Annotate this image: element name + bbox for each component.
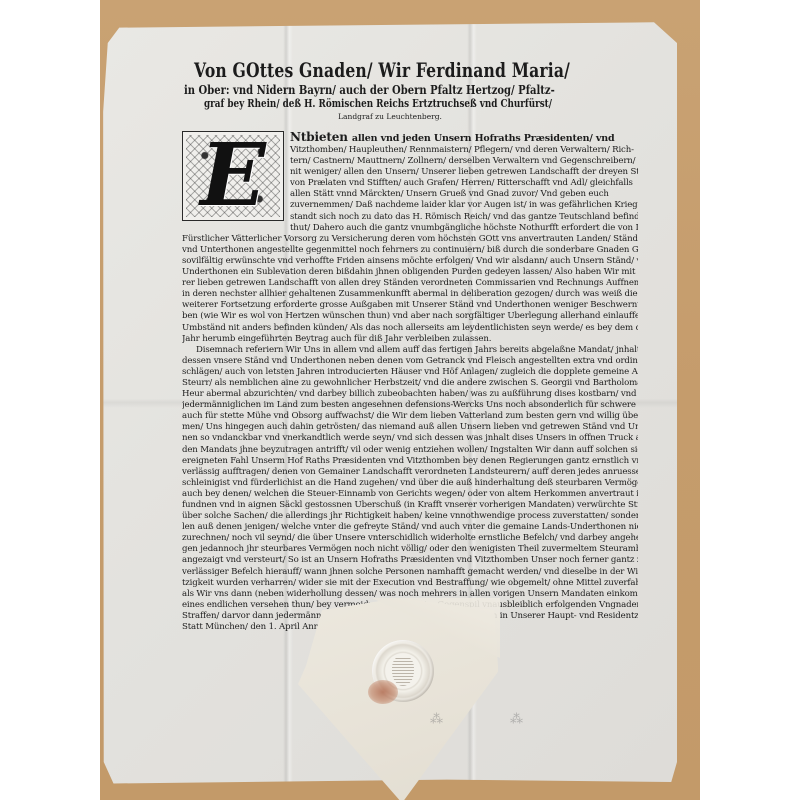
body-line: thut/ Dahero auch die gantz vnumbgänglic… [182,223,638,234]
body-line: Underthonen ein Sublevation deren bißdah… [182,267,638,278]
body-line: Heur abermal abzurichten/ vnd darbey bil… [182,389,638,400]
body-line: Fürstlicher Vätterlicher Vorsorg zu Vers… [182,234,638,245]
body-line: tzigkeit wurden verharren/ wider sie mit… [182,578,638,589]
body-line: zurechnen/ noch vil seynd/ die über Unse… [182,533,638,544]
ornamental-initial-icon: E [182,131,284,221]
body-line: dessen vnsere Ständ vnd Underthonen nebe… [182,356,638,367]
title-line-3: graf bey Rhein/ deß H. Römischen Reichs … [204,97,551,111]
body-text: E Ntbieten allen vnd jeden Unsern Hofrat… [182,131,638,633]
body-line: schleinigist vnd fürderlichist an die Ha… [182,478,638,489]
body-line: fundnen vnd in aignen Säckl gestossnen U… [182,500,638,511]
body-line: vnd Unterthonen angestellte gegenmittel … [182,245,638,256]
initial-letter: E [200,133,266,219]
body-line: gen jedannoch jhr steurbares Vermögen no… [182,544,638,555]
body-line: sovilfältig erwünschte vnd verhoffte Fri… [182,256,638,267]
wax-stain [368,680,398,704]
title-line-1: Von GOttes Gnaden/ Wir Ferdinand Maria/ [194,58,540,82]
first-line-rest: allen vnd jeden Unsern Hofraths Præsiden… [352,133,615,144]
body-line: nen so vndanckbar vnd vnerkandtlich werd… [182,433,638,444]
body-line: in deren nechster allhier gehaltenen Zus… [182,289,638,300]
faint-mark: ⁂ [430,712,443,727]
body-line: schlägen/ auch von letsten Jahren introd… [182,367,638,378]
faint-mark: ⁂ [510,712,523,727]
body-line: Steurr/ als nemblichen aine zu gewohnlic… [182,378,638,389]
body-line: len auß denen jenigen/ welche vnter die … [182,522,638,533]
body-line: auch bey denen/ welchen die Steuer-Einna… [182,489,638,500]
body-line: weiterer Fortsetzung erforderte grosse A… [182,300,638,311]
body-line: rer lieben getrewen Landschafft von alle… [182,278,638,289]
body-line: verlässig aufftragen/ denen von Gemainer… [182,467,638,478]
body-line: angezaigt vnd versteurt/ So ist an Unser… [182,555,638,566]
first-word: Ntbieten [290,131,348,144]
title-line-2: in Ober: vnd Nidern Bayrn/ auch der Ober… [184,82,547,97]
body-line: verlässiger Befelch hierauff/ wann jhnen… [182,567,638,578]
body-line: auch für stette Mühe vnd Obsorg auffwach… [182,411,638,422]
body-line: ben (wie Wir es wol von Hertzen wünschen… [182,311,638,322]
title-line-4: Landgraf zu Leuchtenberg. [182,111,598,123]
body-line: men/ Uns hingegen auch dahin getrösten/ … [182,422,638,433]
seal-emblem-icon [392,656,414,686]
body-line: Umbständ nit anders befinden künden/ Als… [182,323,638,334]
body-line: ereigneten Fahl Unserm Hof Raths Præside… [182,456,638,467]
body-line: über solche Sachen/ die allerdings jhr R… [182,511,638,522]
body-line: Jahr herumb eingeführten Beytrag auch fü… [182,334,638,345]
body-line: den Mandats jhne beyzutragen antrifft/ v… [182,445,638,456]
body-line: jedermänniglichen im Land zum besten ang… [182,400,638,411]
document-text: Von GOttes Gnaden/ Wir Ferdinand Maria/ … [182,58,638,633]
paragraph-start: Disemnach referiern Wir Uns in allem vnd… [182,345,638,356]
